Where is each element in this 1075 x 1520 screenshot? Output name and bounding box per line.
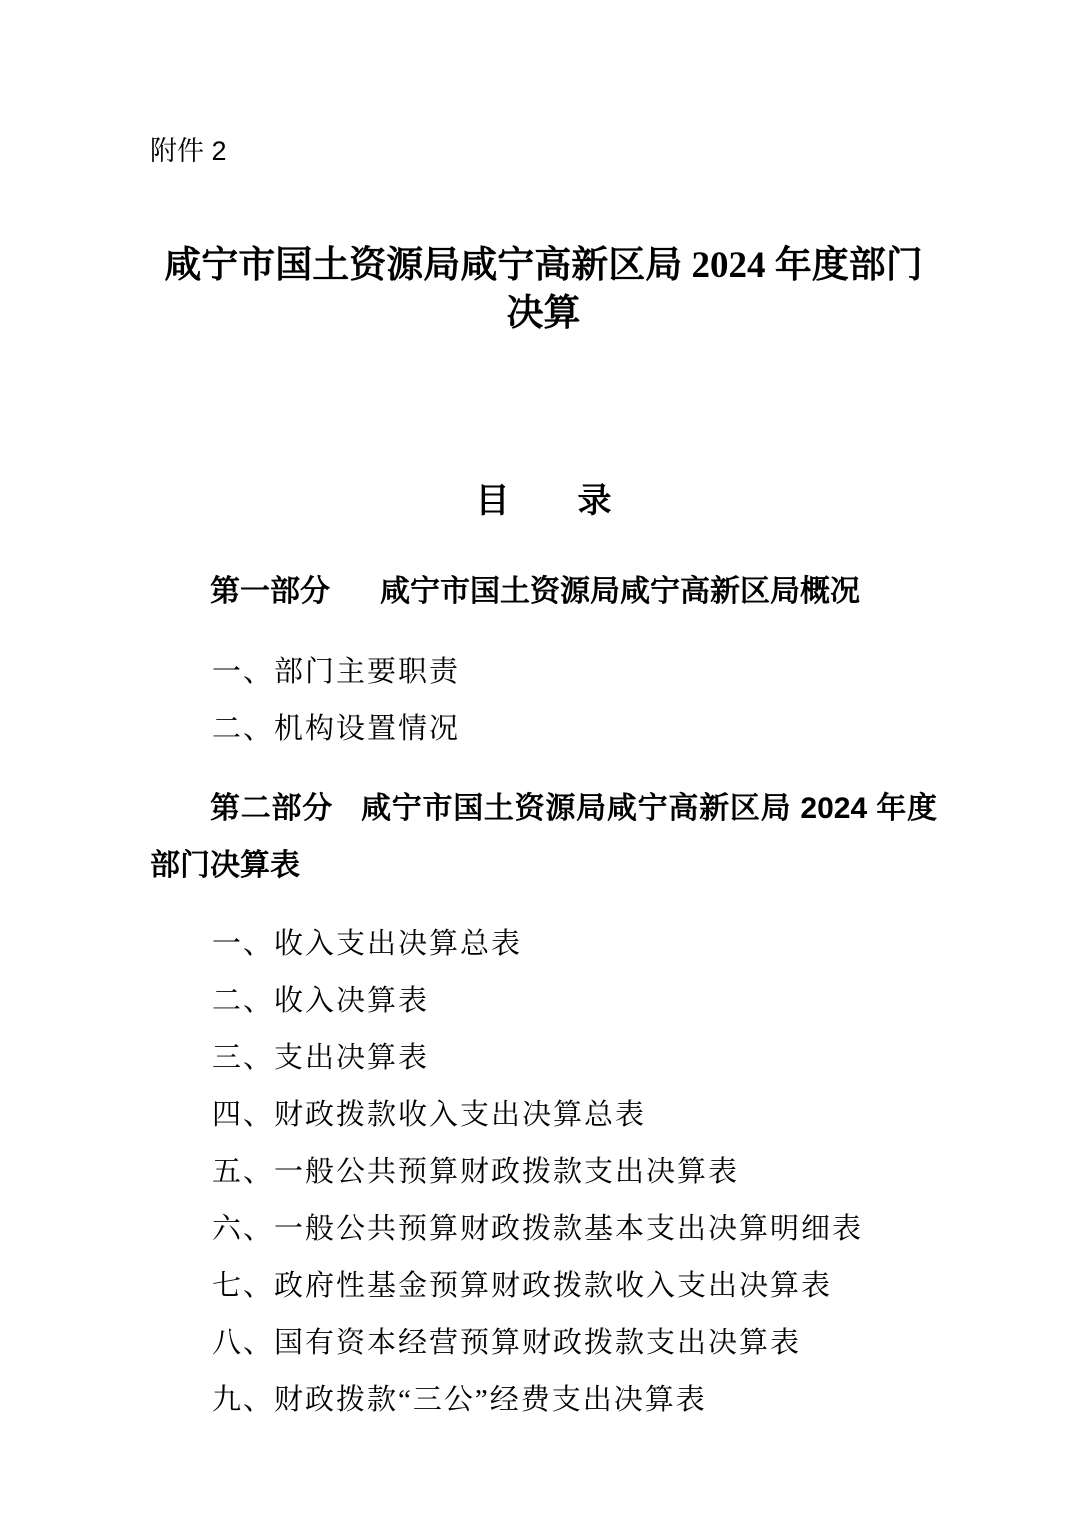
toc-item-part2-5: 五、一般公共预算财政拨款支出决算表 bbox=[212, 1144, 937, 1201]
part1-number: 第一部分 bbox=[210, 575, 330, 608]
toc-item-part2-1: 一、收入支出决算总表 bbox=[212, 916, 937, 973]
document-page: 附件 2 咸宁市国土资源局咸宁高新区局 2024 年度部门决算 目 录 第一部分… bbox=[0, 0, 1075, 1520]
toc-item-part2-6: 六、一般公共预算财政拨款基本支出决算明细表 bbox=[212, 1201, 937, 1258]
toc-item-part1-1: 一、部门主要职责 bbox=[212, 644, 937, 701]
part1-heading: 第一部分咸宁市国土资源局咸宁高新区局概况 bbox=[150, 572, 937, 612]
toc-item-part2-9: 九、财政拨款“三公”经费支出决算表 bbox=[212, 1372, 937, 1429]
toc-item-part2-8: 八、国有资本经营预算财政拨款支出决算表 bbox=[212, 1315, 937, 1372]
toc-item-part2-4: 四、财政拨款收入支出决算总表 bbox=[212, 1087, 937, 1144]
part2-item-list: 一、收入支出决算总表 二、收入决算表 三、支出决算表 四、财政拨款收入支出决算总… bbox=[150, 916, 937, 1429]
part1-item-list: 一、部门主要职责 二、机构设置情况 bbox=[150, 644, 937, 758]
part2-number: 第二部分 bbox=[210, 792, 333, 825]
toc-item-part2-2: 二、收入决算表 bbox=[212, 973, 937, 1030]
toc-item-part1-2: 二、机构设置情况 bbox=[212, 701, 937, 758]
toc-item-part2-7: 七、政府性基金预算财政拨款收入支出决算表 bbox=[212, 1258, 937, 1315]
toc-item-part2-3: 三、支出决算表 bbox=[212, 1030, 937, 1087]
toc-heading: 目 录 bbox=[150, 480, 937, 524]
attachment-label: 附件 2 bbox=[150, 134, 937, 168]
part1-title: 咸宁市国土资源局咸宁高新区局概况 bbox=[380, 575, 860, 608]
document-title: 咸宁市国土资源局咸宁高新区局 2024 年度部门决算 bbox=[150, 242, 937, 338]
part2-heading: 第二部分咸宁市国土资源局咸宁高新区局 2024 年度部门决算表 bbox=[150, 780, 937, 894]
